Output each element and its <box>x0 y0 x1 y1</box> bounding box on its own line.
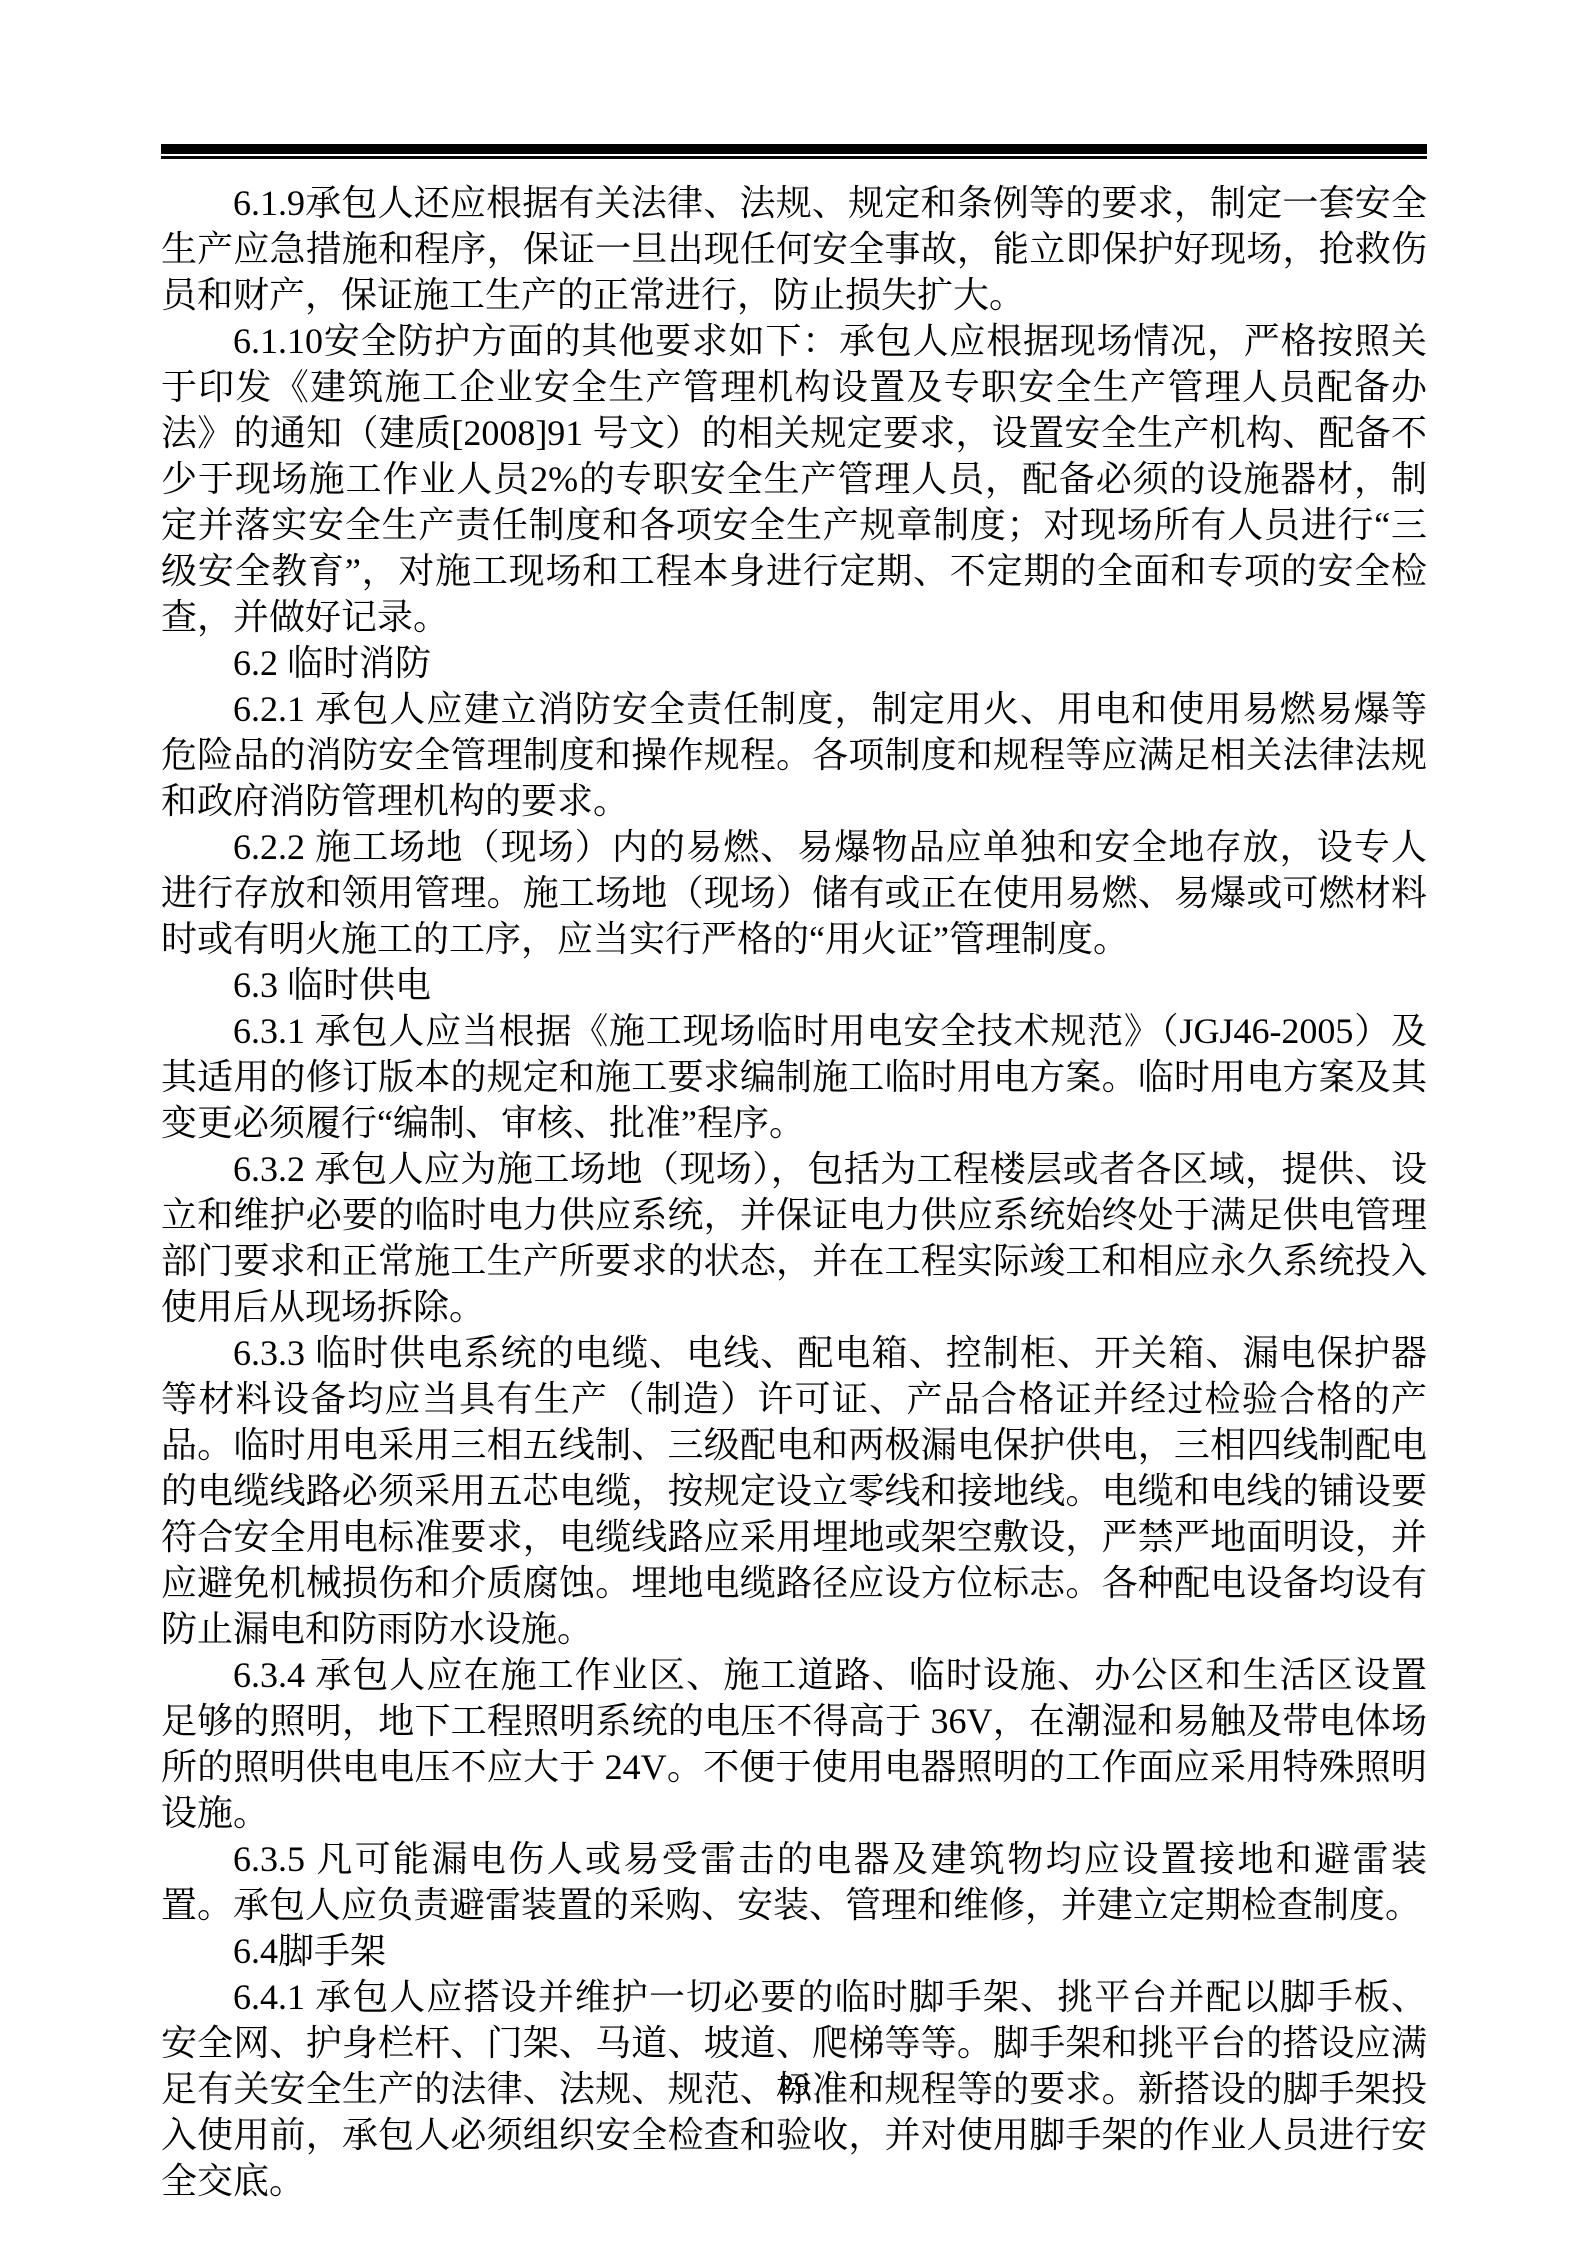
paragraph: 6.3.3 临时供电系统的电缆、电线、配电箱、控制柜、开关箱、漏电保护器等材料设… <box>161 1330 1427 1652</box>
document-body: 6.1.9承包人还应根据有关法律、法规、规定和条例等的要求，制定一套安全生产应急… <box>161 180 1427 2204</box>
paragraph: 6.1.9承包人还应根据有关法律、法规、规定和条例等的要求，制定一套安全生产应急… <box>161 180 1427 318</box>
paragraph: 6.3.1 承包人应当根据《施工现场临时用电安全技术规范》（JGJ46-2005… <box>161 1008 1427 1146</box>
header-rule <box>161 144 1427 159</box>
section-heading: 6.2 临时消防 <box>161 640 1427 686</box>
section-heading: 6.4脚手架 <box>161 1928 1427 1974</box>
paragraph: 6.3.5 凡可能漏电伤人或易受雷击的电器及建筑物均应设置接地和避雷装置。承包人… <box>161 1836 1427 1928</box>
header-rule-thin <box>161 156 1427 159</box>
document-page: { "page": { "background_color": "#ffffff… <box>0 0 1588 2246</box>
paragraph: 6.1.10安全防护方面的其他要求如下：承包人应根据现场情况，严格按照关于印发《… <box>161 318 1427 640</box>
header-rule-thick <box>161 144 1427 154</box>
section-heading: 6.3 临时供电 <box>161 962 1427 1008</box>
paragraph: 6.3.2 承包人应为施工场地（现场），包括为工程楼层或者各区域，提供、设立和维… <box>161 1146 1427 1330</box>
paragraph: 6.3.4 承包人应在施工作业区、施工道路、临时设施、办公区和生活区设置足够的照… <box>161 1652 1427 1836</box>
page-number: 29 <box>0 2070 1588 2102</box>
paragraph: 6.2.1 承包人应建立消防安全责任制度，制定用火、用电和使用易燃易爆等危险品的… <box>161 686 1427 824</box>
paragraph: 6.2.2 施工场地（现场）内的易燃、易爆物品应单独和安全地存放，设专人进行存放… <box>161 824 1427 962</box>
